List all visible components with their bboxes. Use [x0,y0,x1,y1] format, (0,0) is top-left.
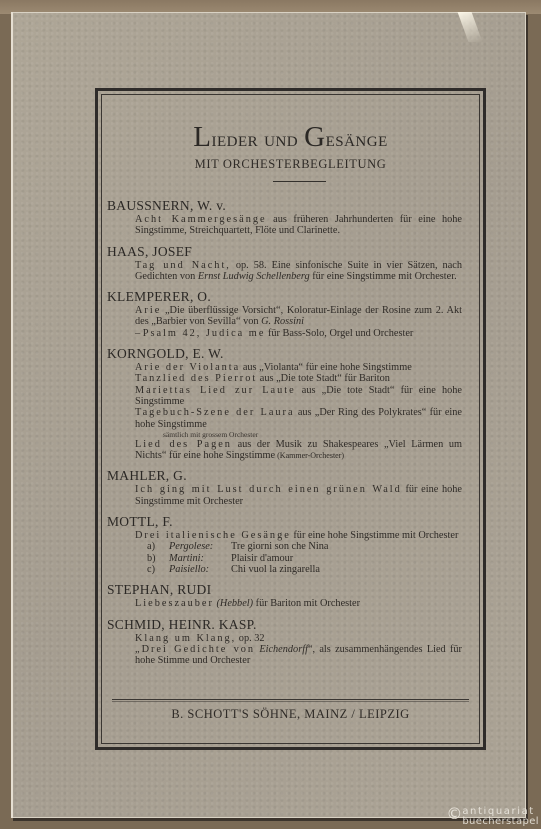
work-title: Tag und Nacht, [135,260,231,271]
title-divider [273,181,326,182]
title-initial-g: G [304,121,325,153]
song-subitem: b)Martini:Plaisir d'amour [147,553,462,564]
work-title: Arie der Violanta [135,362,240,373]
composer-entry: STEPHAN, RUDILiebeszauber (Hebbel) für B… [107,582,462,609]
song-sublist: a)Pergolese:Tre giorni son che Ninab)Mar… [107,541,462,575]
work-title: Tanzlied des Pierrot [135,373,257,384]
work-description: für Bass-Solo, Orgel und Orchester [265,328,413,339]
work-author: Eichendorff [259,644,308,655]
composer-name: KORNGOLD, E. W. [107,346,462,362]
work-item: „Drei Gedichte von Eichendorff“, als zus… [107,644,462,667]
composer-entry: KORNGOLD, E. W.Arie der Violanta aus „Vi… [107,346,462,461]
work-description: aus „Die tote Stadt“ für Bariton [257,373,390,384]
title-word-gesaenge: esänge [326,126,388,151]
composer-name: MAHLER, G. [107,468,462,484]
work-item: Tag und Nacht, op. 58. Eine sinfonische … [107,260,462,283]
page-title: Lieder und Gesänge [98,121,483,154]
work-item: Tanzlied des Pierrot aus „Die tote Stadt… [107,373,462,384]
composer-entry: SCHMID, HEINR. KASP.Klang um Klang, op. … [107,617,462,667]
subitem-composer: Pergolese: [169,541,231,552]
subitem-composer: Paisiello: [169,564,231,575]
work-item: – Psalm 42, Judica me für Bass-Solo, Org… [107,328,462,339]
page-subtitle: MIT ORCHESTERBEGLEITUNG [98,157,483,172]
work-prefix: – [135,328,143,339]
composer-entry: BAUSSNERN, W. v.Acht Kammergesänge aus f… [107,198,462,237]
work-title: Liebeszauber [135,598,214,609]
subitem-title: Chi vuol la zingarella [231,564,320,575]
subitem-composer: Martini: [169,553,231,564]
work-title: Ich ging mit Lust durch einen grünen Wal… [135,484,402,495]
work-title: Klang um Klang, [135,633,236,644]
composer-entry: KLEMPERER, O.Arie „Die überflüssige Vors… [107,289,462,339]
composer-name: BAUSSNERN, W. v. [107,198,462,214]
work-item: Liebeszauber (Hebbel) für Bariton mit Or… [107,598,462,609]
work-description-tail: für Bariton mit Orchester [253,598,360,609]
footer-divider [112,699,469,700]
composer-name: SCHMID, HEINR. KASP. [107,617,462,633]
work-title: Drei italienische Gesänge [135,530,291,541]
work-ensemble-note: (Kammer-Orchester) [275,451,344,460]
subitem-letter: b) [147,553,169,564]
work-description-tail: für eine Singstimme mit Orchester. [310,271,457,282]
work-item: Acht Kammergesänge aus früheren Jahrhund… [107,214,462,237]
catalog-frame: Lieder und Gesänge MIT ORCHESTERBEGLEITU… [95,88,486,750]
work-item: Arie der Violanta aus „Violanta“ für ein… [107,362,462,373]
composer-name: KLEMPERER, O. [107,289,462,305]
work-author: Ernst Ludwig Schellenberg [198,271,310,282]
subitem-letter: c) [147,564,169,575]
work-description: op. 32 [236,633,264,644]
work-title: Arie [135,305,161,316]
title-word-lieder-und: ieder und [211,126,304,151]
title-initial-l: L [193,121,211,153]
work-note: sämtlich mit grossem Orchester [107,430,462,439]
work-author: (Hebbel) [216,598,253,609]
composer-name: MOTTL, F. [107,514,462,530]
work-author: G. Rossini [261,316,304,327]
work-title: Mariettas Lied zur Laute [135,385,296,396]
work-title: Lied des Pagen [135,439,232,450]
composer-entry: MOTTL, F.Drei italienische Gesänge für e… [107,514,462,575]
song-subitem: a)Pergolese:Tre giorni son che Nina [147,541,462,552]
work-item: Drei italienische Gesänge für eine hohe … [107,530,462,541]
work-item: Lied des Pagen aus der Musik zu Shakespe… [107,439,462,462]
work-item: Mariettas Lied zur Laute aus „Die tote S… [107,385,462,408]
work-title: Tagebuch-Szene der Laura [135,407,295,418]
work-item: Ich ging mit Lust durch einen grünen Wal… [107,484,462,507]
subitem-title: Tre giorni son che Nina [231,541,328,552]
composer-entry: HAAS, JOSEFTag und Nacht, op. 58. Eine s… [107,244,462,283]
song-subitem: c)Paisiello:Chi vuol la zingarella [147,564,462,575]
composer-list: BAUSSNERN, W. v.Acht Kammergesänge aus f… [107,191,462,666]
subitem-letter: a) [147,541,169,552]
work-item: Tagebuch-Szene der Laura aus „Der Ring d… [107,407,462,430]
watermark-line-2: buecherstapel [462,817,539,827]
copyright-icon: © [446,809,462,819]
composer-name: STEPHAN, RUDI [107,582,462,598]
publisher-imprint: B. SCHOTT'S SÖHNE, MAINZ / LEIPZIG [98,707,483,722]
work-description: aus „Violanta“ für eine hohe Singstimme [240,362,412,373]
watermark: © antiquariat buecherstapel [462,807,539,827]
composer-entry: MAHLER, G.Ich ging mit Lust durch einen … [107,468,462,507]
work-description: für eine hohe Singstimme mit Orchester [291,530,459,541]
work-title: Psalm 42, Judica me [143,328,266,339]
work-item: Klang um Klang, op. 32 [107,633,462,644]
composer-name: HAAS, JOSEF [107,244,462,260]
work-title: Acht Kammergesänge [135,214,267,225]
work-title: „Drei Gedichte von [135,644,255,655]
work-item: Arie „Die überflüssige Vorsicht“, Kolora… [107,305,462,328]
subitem-title: Plaisir d'amour [231,553,293,564]
